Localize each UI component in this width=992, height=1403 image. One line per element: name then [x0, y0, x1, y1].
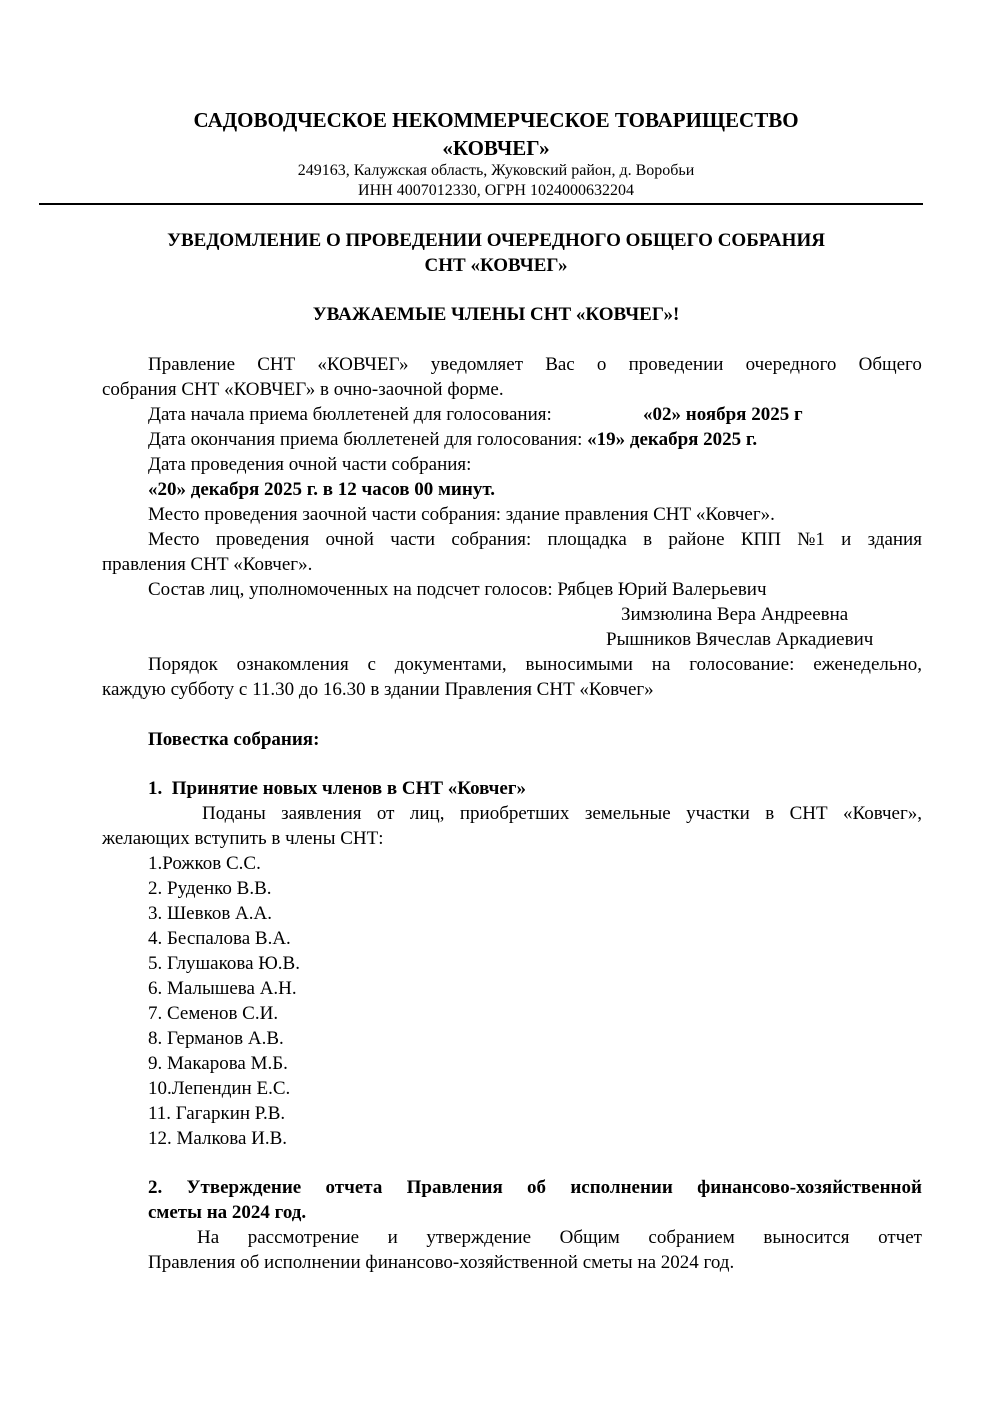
applicant-item: 7. Семенов С.И. — [148, 1001, 278, 1026]
inperson-date-label: Дата проведения очной части собрания: — [148, 452, 471, 477]
word: приобретших — [460, 801, 570, 826]
docs-line1: Порядокознакомлениясдокументами,выносимы… — [148, 652, 922, 677]
word: 2. — [148, 1175, 162, 1200]
word: отчет — [878, 1225, 922, 1250]
intro-line2: собрания СНТ «КОВЧЕГ» в очно-заочной фор… — [102, 377, 504, 402]
word: выносимыми — [526, 652, 633, 677]
word: площадка — [548, 527, 627, 552]
applicant-item: 6. Малышева А.Н. — [148, 976, 297, 1001]
applicant-item: 9. Макарова М.Б. — [148, 1051, 288, 1076]
word: отчета — [326, 1175, 383, 1200]
word: Общим — [560, 1225, 620, 1250]
counters-label: Состав лиц, уполномоченных на подсчет го… — [148, 579, 553, 600]
word: Вас — [545, 352, 575, 377]
word: документами, — [395, 652, 507, 677]
agenda-item1-text-line1: Поданызаявленияотлиц,приобретшихземельны… — [202, 801, 922, 826]
word: Утверждение — [187, 1175, 302, 1200]
word: очной — [326, 527, 374, 552]
word: части — [390, 527, 435, 552]
word: земельные — [585, 801, 671, 826]
word: и — [388, 1225, 398, 1250]
inperson-place-line2: правления СНТ «Ковчег». — [102, 552, 312, 577]
word: КПП — [741, 527, 781, 552]
word: утверждение — [426, 1225, 531, 1250]
word: исполнении — [570, 1175, 672, 1200]
word: Правления — [407, 1175, 503, 1200]
org-requisites: ИНН 4007012330, ОГРН 1024000632204 — [0, 181, 992, 201]
org-name-line1: САДОВОДЧЕСКОЕ НЕКОММЕРЧЕСКОЕ ТОВАРИЩЕСТВ… — [0, 106, 992, 134]
word: Правление — [148, 352, 235, 377]
word: Порядок — [148, 652, 218, 677]
word: проведения — [216, 527, 309, 552]
agenda-item2-title-line1: 2.УтверждениеотчетаПравленияобисполнении… — [148, 1175, 922, 1200]
word: Поданы — [202, 801, 266, 826]
org-name-line2: «КОВЧЕГ» — [0, 134, 992, 162]
applicant-item: 5. Глушакова Ю.В. — [148, 951, 300, 976]
word: финансово-хозяйственной — [697, 1175, 922, 1200]
agenda-item2-title-line2: сметы на 2024 год. — [148, 1200, 306, 1225]
agenda-heading: Повестка собрания: — [148, 727, 319, 752]
word: заявления — [281, 801, 361, 826]
word: здания — [868, 527, 922, 552]
word: в — [765, 801, 774, 826]
word: ознакомления — [237, 652, 349, 677]
applicant-item: 3. Шевков А.А. — [148, 901, 272, 926]
applicant-item: 12. Малкова И.В. — [148, 1126, 287, 1151]
word: выносится — [763, 1225, 849, 1250]
counter-3: Рышников Вячеслав Аркадиевич — [606, 627, 873, 652]
word: и — [841, 527, 851, 552]
agenda-item1-title: 1. Принятие новых членов в СНТ «Ковчег» — [148, 776, 526, 801]
notice-title-line1: УВЕДОМЛЕНИЕ О ПРОВЕДЕНИИ ОЧЕРЕДНОГО ОБЩЕ… — [0, 228, 992, 253]
end-date-row: Дата окончания приема бюллетеней для гол… — [148, 427, 757, 452]
word: от — [377, 801, 395, 826]
word: лиц, — [410, 801, 445, 826]
applicant-item: 2. Руденко В.В. — [148, 876, 272, 901]
notice-title-line2: СНТ «КОВЧЕГ» — [0, 253, 992, 278]
inperson-date-value: «20» декабря 2025 г. в 12 часов 00 минут… — [148, 477, 495, 502]
start-date-value: «02» ноября 2025 г — [643, 402, 803, 427]
word: участки — [686, 801, 750, 826]
applicant-item: 8. Германов А.В. — [148, 1026, 284, 1051]
docs-line2: каждую субботу с 11.30 до 16.30 в здании… — [102, 677, 654, 702]
word: Общего — [859, 352, 922, 377]
absentee-place: Место проведения заочной части собрания:… — [148, 502, 775, 527]
inperson-place-line1: Местопроведенияочнойчастисобрания:площад… — [148, 527, 922, 552]
word: на — [652, 652, 671, 677]
word: На — [197, 1225, 219, 1250]
applicant-item: 10.Лепендин Е.С. — [148, 1076, 290, 1101]
word: с — [368, 652, 376, 677]
start-date-label: Дата начала приема бюллетеней для голосо… — [148, 402, 552, 427]
counter-1: Рябцев Юрий Валерьевич — [557, 579, 766, 600]
header-divider — [39, 203, 923, 205]
word: очередного — [746, 352, 837, 377]
end-date-value: «19» декабря 2025 г. — [587, 429, 757, 450]
word: Место — [148, 527, 200, 552]
word: о — [597, 352, 607, 377]
applicant-item: 1.Рожков С.С. — [148, 851, 261, 876]
intro-line1: ПравлениеСНТ«КОВЧЕГ»уведомляетВасопровед… — [148, 352, 922, 377]
word: СНТ — [790, 801, 828, 826]
word: «КОВЧЕГ» — [317, 352, 408, 377]
word: рассмотрение — [248, 1225, 359, 1250]
word: об — [527, 1175, 546, 1200]
word: голосование: — [689, 652, 794, 677]
word: уведомляет — [431, 352, 523, 377]
applicant-item: 11. Гагаркин Р.В. — [148, 1101, 285, 1126]
counter-2: Зимзюлина Вера Андреевна — [621, 602, 848, 627]
org-address: 249163, Калужская область, Жуковский рай… — [0, 161, 992, 181]
word: собрания: — [451, 527, 531, 552]
word: еженедельно, — [813, 652, 922, 677]
end-date-label: Дата окончания приема бюллетеней для гол… — [148, 429, 582, 450]
counters-row: Состав лиц, уполномоченных на подсчет го… — [148, 577, 767, 602]
agenda-item1-text-line2: желающих вступить в члены СНТ: — [102, 826, 384, 851]
agenda-item2-text-line2: Правления об исполнении финансово-хозяйс… — [148, 1250, 734, 1275]
word: проведении — [629, 352, 724, 377]
agenda-item2-text-line1: НарассмотрениеиутверждениеОбщимсобранием… — [197, 1225, 922, 1250]
applicant-item: 4. Беспалова В.А. — [148, 926, 291, 951]
word: в — [643, 527, 652, 552]
greeting: УВАЖАЕМЫЕ ЧЛЕНЫ СНТ «КОВЧЕГ»! — [0, 302, 992, 327]
word: районе — [668, 527, 724, 552]
word: собранием — [648, 1225, 734, 1250]
word: «Ковчег», — [843, 801, 922, 826]
word: СНТ — [257, 352, 295, 377]
word: №1 — [797, 527, 825, 552]
